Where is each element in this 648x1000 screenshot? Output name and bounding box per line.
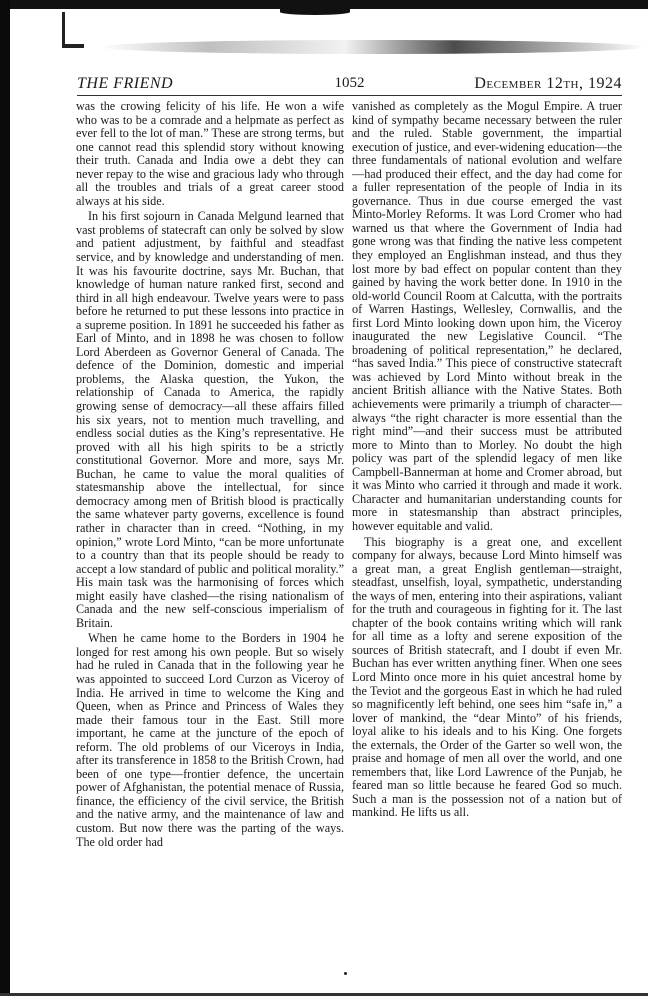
running-header: THE FRIEND 1052 December 12th, 1924 <box>77 75 622 95</box>
right-column: vanished as completely as the Mogul Empi… <box>352 100 622 820</box>
left-column: was the crowing felicity of his life. He… <box>76 100 344 849</box>
paragraph: When he came home to the Borders in 1904… <box>76 632 344 849</box>
page-number: 1052 <box>335 75 365 92</box>
paragraph: vanished as completely as the Mogul Empi… <box>352 100 622 534</box>
paragraph: In his first sojourn in Canada Melgund l… <box>76 210 344 630</box>
scan-top-border <box>0 0 648 9</box>
header-rule <box>77 95 622 96</box>
scan-bottom-border <box>0 993 648 996</box>
stray-mark-dot <box>344 972 347 975</box>
corner-bracket-foot <box>62 44 84 48</box>
paragraph: This biography is a great one, and excel… <box>352 536 622 820</box>
issue-date: December 12th, 1924 <box>474 75 622 93</box>
paragraph: was the crowing felicity of his life. He… <box>76 100 344 208</box>
scan-artifact-top <box>280 9 350 15</box>
corner-bracket-mark <box>62 12 65 46</box>
journal-title: THE FRIEND <box>77 75 173 93</box>
scan-left-border <box>0 0 10 994</box>
scan-artifact-band <box>100 40 645 54</box>
